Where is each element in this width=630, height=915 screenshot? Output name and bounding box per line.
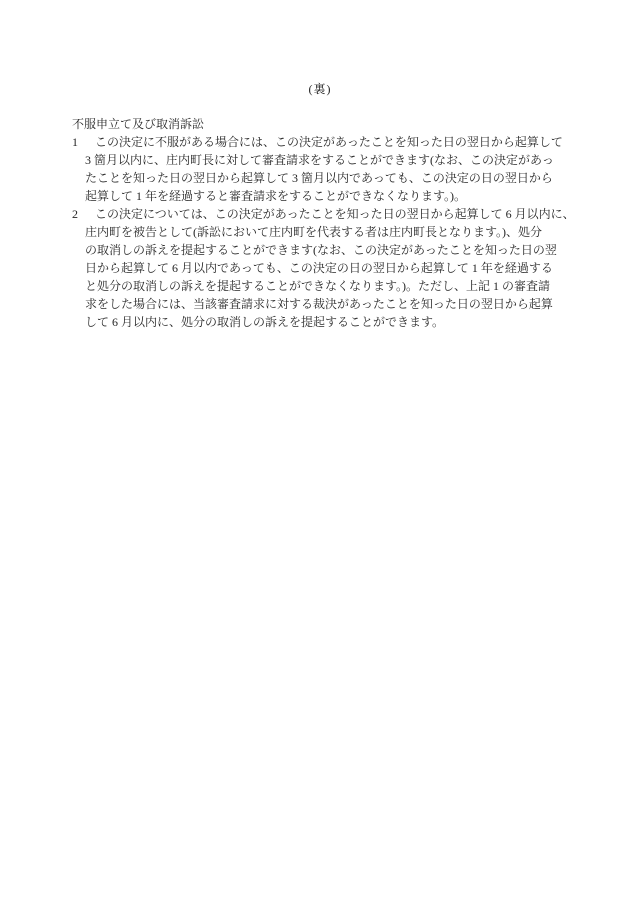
section-heading: 不服申立て及び取消訴訟	[72, 115, 568, 133]
numbered-item-2: 2この決定については、この決定があったことを知った日の翌日から起算して 6 月以…	[72, 205, 568, 331]
item-2-line-4: 日から起算して 6 月以内であっても、この決定の日の翌日から起算して 1 年を経…	[85, 259, 568, 277]
item-2-line-6: 求をした場合には、当該審査請求に対する裁決があったことを知った日の翌日から起算	[85, 295, 568, 313]
item-1-text: この決定に不服がある場合には、この決定があったことを知った日の翌日から起算して	[95, 135, 563, 149]
item-2-line-3: の取消しの訴えを提起することができます(なお、この決定があったことを知った日の翌	[85, 241, 568, 259]
page-side-label: (裏)	[72, 80, 568, 98]
item-1-line-1: 1この決定に不服がある場合には、この決定があったことを知った日の翌日から起算して	[72, 133, 568, 151]
item-2-number: 2	[72, 205, 95, 223]
numbered-item-1: 1この決定に不服がある場合には、この決定があったことを知った日の翌日から起算して…	[72, 133, 568, 205]
item-1-number: 1	[72, 133, 95, 151]
item-2-line-1: 2この決定については、この決定があったことを知った日の翌日から起算して 6 月以…	[72, 205, 568, 223]
item-1-line-4: 起算して 1 年を経過すると審査請求をすることができなくなります。)。	[85, 187, 568, 205]
item-2-line-5: と処分の取消しの訴えを提起することができなくなります。)。ただし、上記 1 の審…	[85, 277, 568, 295]
item-2-line-7: して 6 月以内に、処分の取消しの訴えを提起することができます。	[85, 313, 568, 331]
document-page: (裏) 不服申立て及び取消訴訟 1この決定に不服がある場合には、この決定があった…	[0, 0, 630, 915]
item-2-text: この決定については、この決定があったことを知った日の翌日から起算して 6 月以内…	[95, 207, 575, 221]
item-1-line-3: たことを知った日の翌日から起算して 3 箇月以内であっても、この決定の日の翌日か…	[85, 169, 568, 187]
item-1-line-2: 3 箇月以内に、庄内町長に対して審査請求をすることができます(なお、この決定があ…	[85, 151, 568, 169]
item-2-line-2: 庄内町を被告として(訴訟において庄内町を代表する者は庄内町長となります。)、処分	[85, 223, 568, 241]
